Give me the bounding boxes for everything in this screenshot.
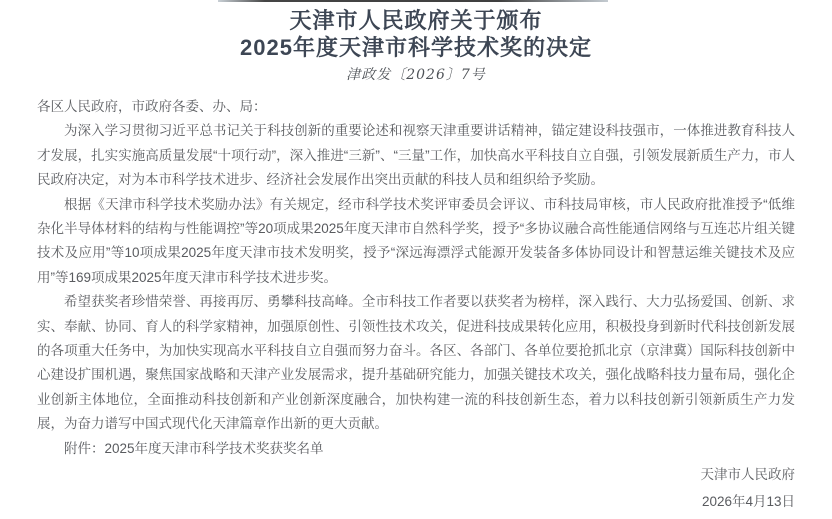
salutation-line: 各区人民政府，市政府各委、办、局： bbox=[37, 95, 795, 119]
paragraph-3: 希望获奖者珍惜荣誉、再接再厉、勇攀科技高峰。全市科技工作者要以获奖者为榜样，深入… bbox=[37, 290, 795, 436]
paragraph-2: 根据《天津市科学技术奖励办法》有关规定，经市科学技术奖评审委员会评议、市科技局审… bbox=[37, 193, 795, 291]
document-body: 各区人民政府，市政府各委、办、局： 为深入学习贯彻习近平总书记关于科技创新的重要… bbox=[0, 95, 832, 461]
document-page: 天津市人民政府关于颁布 2025年度天津市科学技术奖的决定 津政发〔2026〕7… bbox=[0, 0, 832, 519]
issue-date: 2026年4月13日 bbox=[0, 488, 795, 515]
paragraph-1: 为深入学习贯彻习近平总书记关于科技创新的重要论述和视察天津重要讲话精神，锚定建设… bbox=[37, 119, 795, 192]
cropped-top-edge-line bbox=[218, 0, 608, 2]
document-header: 天津市人民政府关于颁布 2025年度天津市科学技术奖的决定 津政发〔2026〕7… bbox=[0, 0, 832, 84]
document-title-line-2: 2025年度天津市科学技术奖的决定 bbox=[0, 34, 832, 61]
issuing-authority: 天津市人民政府 bbox=[0, 463, 795, 487]
attachment-line: 附件：2025年度天津市科学技术奖获奖名单 bbox=[37, 437, 795, 461]
document-title-line-1: 天津市人民政府关于颁布 bbox=[0, 7, 832, 34]
signature-block: 天津市人民政府 2026年4月13日 bbox=[0, 463, 832, 514]
document-number: 津政发〔2026〕7号 bbox=[0, 66, 832, 84]
